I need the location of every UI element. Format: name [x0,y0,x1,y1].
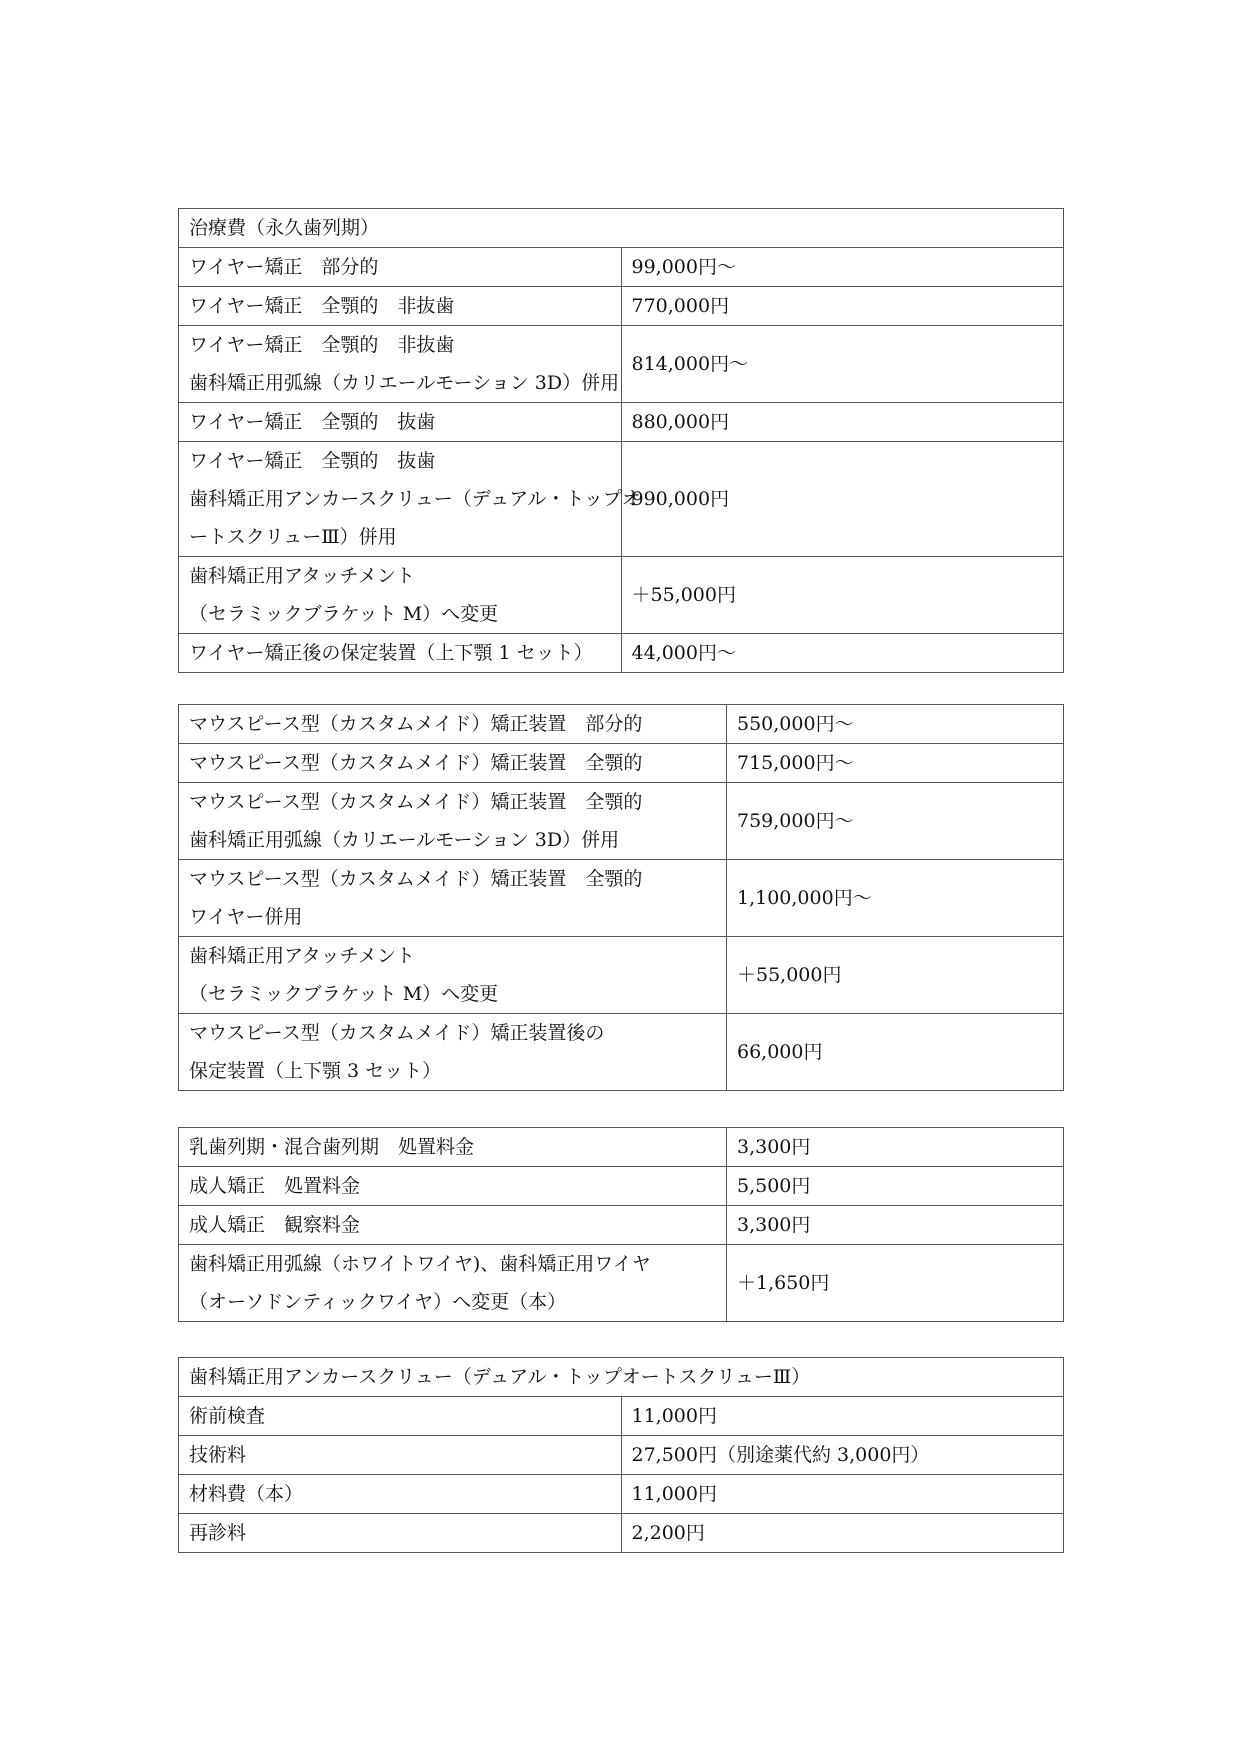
fee-label: マウスピース型（カスタムメイド）矯正装置 部分的 [179,705,727,744]
fee-label: 技術料 [179,1436,622,1475]
fee-price: 550,000円～ [727,705,1064,744]
fee-label: 歯科矯正用アタッチメント（セラミックブラケット M）へ変更 [179,937,727,1014]
fee-price: 66,000円 [727,1014,1064,1091]
fee-label: マウスピース型（カスタムメイド）矯正装置後の保定装置（上下顎 3 セット） [179,1014,727,1091]
fee-price: 5,500円 [727,1167,1064,1206]
fee-label: 材料費（本） [179,1475,622,1514]
fee-price: 3,300円 [727,1206,1064,1245]
table-row: 歯科矯正用アタッチメント（セラミックブラケット M）へ変更 ＋55,000円 [179,937,1064,1014]
table-row: ワイヤー矯正 部分的 99,000円～ [179,248,1064,287]
fee-label: ワイヤー矯正 全顎的 抜歯 [179,403,622,442]
table-header-row: 治療費（永久歯列期） [179,209,1064,248]
fee-label: 乳歯列期・混合歯列期 処置料金 [179,1128,727,1167]
table-row: マウスピース型（カスタムメイド）矯正装置 全顎的歯科矯正用弧線（カリエールモーシ… [179,783,1064,860]
table-row: ワイヤー矯正 全顎的 抜歯歯科矯正用アンカースクリュー（デュアル・トップオートス… [179,442,1064,557]
fee-price: 990,000円 [621,442,1064,557]
table-header: 治療費（永久歯列期） [179,209,1064,248]
fee-label: 歯科矯正用弧線（ホワイトワイヤ)、歯科矯正用ワイヤ（オーソドンティックワイヤ）へ… [179,1245,727,1322]
fee-price: 99,000円～ [621,248,1064,287]
fee-price: 770,000円 [621,287,1064,326]
fee-price: 759,000円～ [727,783,1064,860]
table-row: 乳歯列期・混合歯列期 処置料金 3,300円 [179,1128,1064,1167]
fee-label: ワイヤー矯正 部分的 [179,248,622,287]
fee-price: ＋55,000円 [621,557,1064,634]
table-row: ワイヤー矯正 全顎的 非抜歯 770,000円 [179,287,1064,326]
table-row: 成人矯正 観察料金 3,300円 [179,1206,1064,1245]
fee-price: 880,000円 [621,403,1064,442]
table-row: 成人矯正 処置料金 5,500円 [179,1167,1064,1206]
fee-label: 歯科矯正用アタッチメント（セラミックブラケット M）へ変更 [179,557,622,634]
fee-price: ＋55,000円 [727,937,1064,1014]
fee-price: 27,500円（別途薬代約 3,000円） [621,1436,1064,1475]
table-row: ワイヤー矯正後の保定装置（上下顎 1 セット） 44,000円～ [179,634,1064,673]
fee-label: 成人矯正 処置料金 [179,1167,727,1206]
fee-label: マウスピース型（カスタムメイド）矯正装置 全顎的歯科矯正用弧線（カリエールモーシ… [179,783,727,860]
fee-price: 715,000円～ [727,744,1064,783]
fee-label: 成人矯正 観察料金 [179,1206,727,1245]
table-row: 材料費（本） 11,000円 [179,1475,1064,1514]
fee-price: 11,000円 [621,1475,1064,1514]
fee-label: ワイヤー矯正 全顎的 抜歯歯科矯正用アンカースクリュー（デュアル・トップオートス… [179,442,622,557]
fee-price: ＋1,650円 [727,1245,1064,1322]
table-row: マウスピース型（カスタムメイド）矯正装置後の保定装置（上下顎 3 セット） 66… [179,1014,1064,1091]
fee-label: 術前検査 [179,1397,622,1436]
fee-label: マウスピース型（カスタムメイド）矯正装置 全顎的ワイヤー併用 [179,860,727,937]
table-row: ワイヤー矯正 全顎的 抜歯 880,000円 [179,403,1064,442]
table-row: マウスピース型（カスタムメイド）矯正装置 全顎的ワイヤー併用 1,100,000… [179,860,1064,937]
table-row: 術前検査 11,000円 [179,1397,1064,1436]
fee-label: マウスピース型（カスタムメイド）矯正装置 全顎的 [179,744,727,783]
fee-price: 814,000円～ [621,326,1064,403]
fee-label: ワイヤー矯正 全顎的 非抜歯 [179,287,622,326]
fee-price: 11,000円 [621,1397,1064,1436]
fee-label: 再診料 [179,1514,622,1553]
table-header: 歯科矯正用アンカースクリュー（デュアル・トップオートスクリューⅢ） [179,1358,1064,1397]
treatment-visit-fees-table: 乳歯列期・混合歯列期 処置料金 3,300円 成人矯正 処置料金 5,500円 … [178,1127,1064,1322]
fee-price: 3,300円 [727,1128,1064,1167]
mouthpiece-aligner-fees-table: マウスピース型（カスタムメイド）矯正装置 部分的 550,000円～ マウスピー… [178,704,1064,1091]
table-row: 歯科矯正用アタッチメント（セラミックブラケット M）へ変更 ＋55,000円 [179,557,1064,634]
fee-price: 2,200円 [621,1514,1064,1553]
fee-label: ワイヤー矯正 全顎的 非抜歯歯科矯正用弧線（カリエールモーション 3D）併用 [179,326,622,403]
permanent-dentition-fees-table: 治療費（永久歯列期） ワイヤー矯正 部分的 99,000円～ ワイヤー矯正 全顎… [178,208,1064,673]
table-row: 歯科矯正用弧線（ホワイトワイヤ)、歯科矯正用ワイヤ（オーソドンティックワイヤ）へ… [179,1245,1064,1322]
anchor-screw-fees-table: 歯科矯正用アンカースクリュー（デュアル・トップオートスクリューⅢ） 術前検査 1… [178,1357,1064,1553]
fee-price: 1,100,000円～ [727,860,1064,937]
fee-price: 44,000円～ [621,634,1064,673]
table-row: 技術料 27,500円（別途薬代約 3,000円） [179,1436,1064,1475]
table-row: ワイヤー矯正 全顎的 非抜歯歯科矯正用弧線（カリエールモーション 3D）併用 8… [179,326,1064,403]
fee-label: ワイヤー矯正後の保定装置（上下顎 1 セット） [179,634,622,673]
table-row: 再診料 2,200円 [179,1514,1064,1553]
table-header-row: 歯科矯正用アンカースクリュー（デュアル・トップオートスクリューⅢ） [179,1358,1064,1397]
table-row: マウスピース型（カスタムメイド）矯正装置 全顎的 715,000円～ [179,744,1064,783]
table-row: マウスピース型（カスタムメイド）矯正装置 部分的 550,000円～ [179,705,1064,744]
